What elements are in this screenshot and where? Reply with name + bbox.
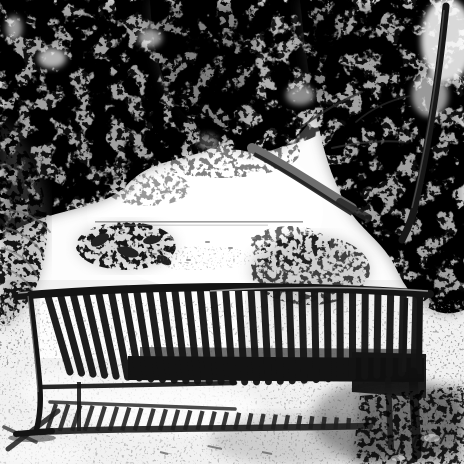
grass-bottom-right [352, 386, 464, 464]
park-bench-photo [0, 0, 464, 464]
bench-left-foot [16, 431, 52, 434]
photo-canvas [0, 0, 464, 464]
